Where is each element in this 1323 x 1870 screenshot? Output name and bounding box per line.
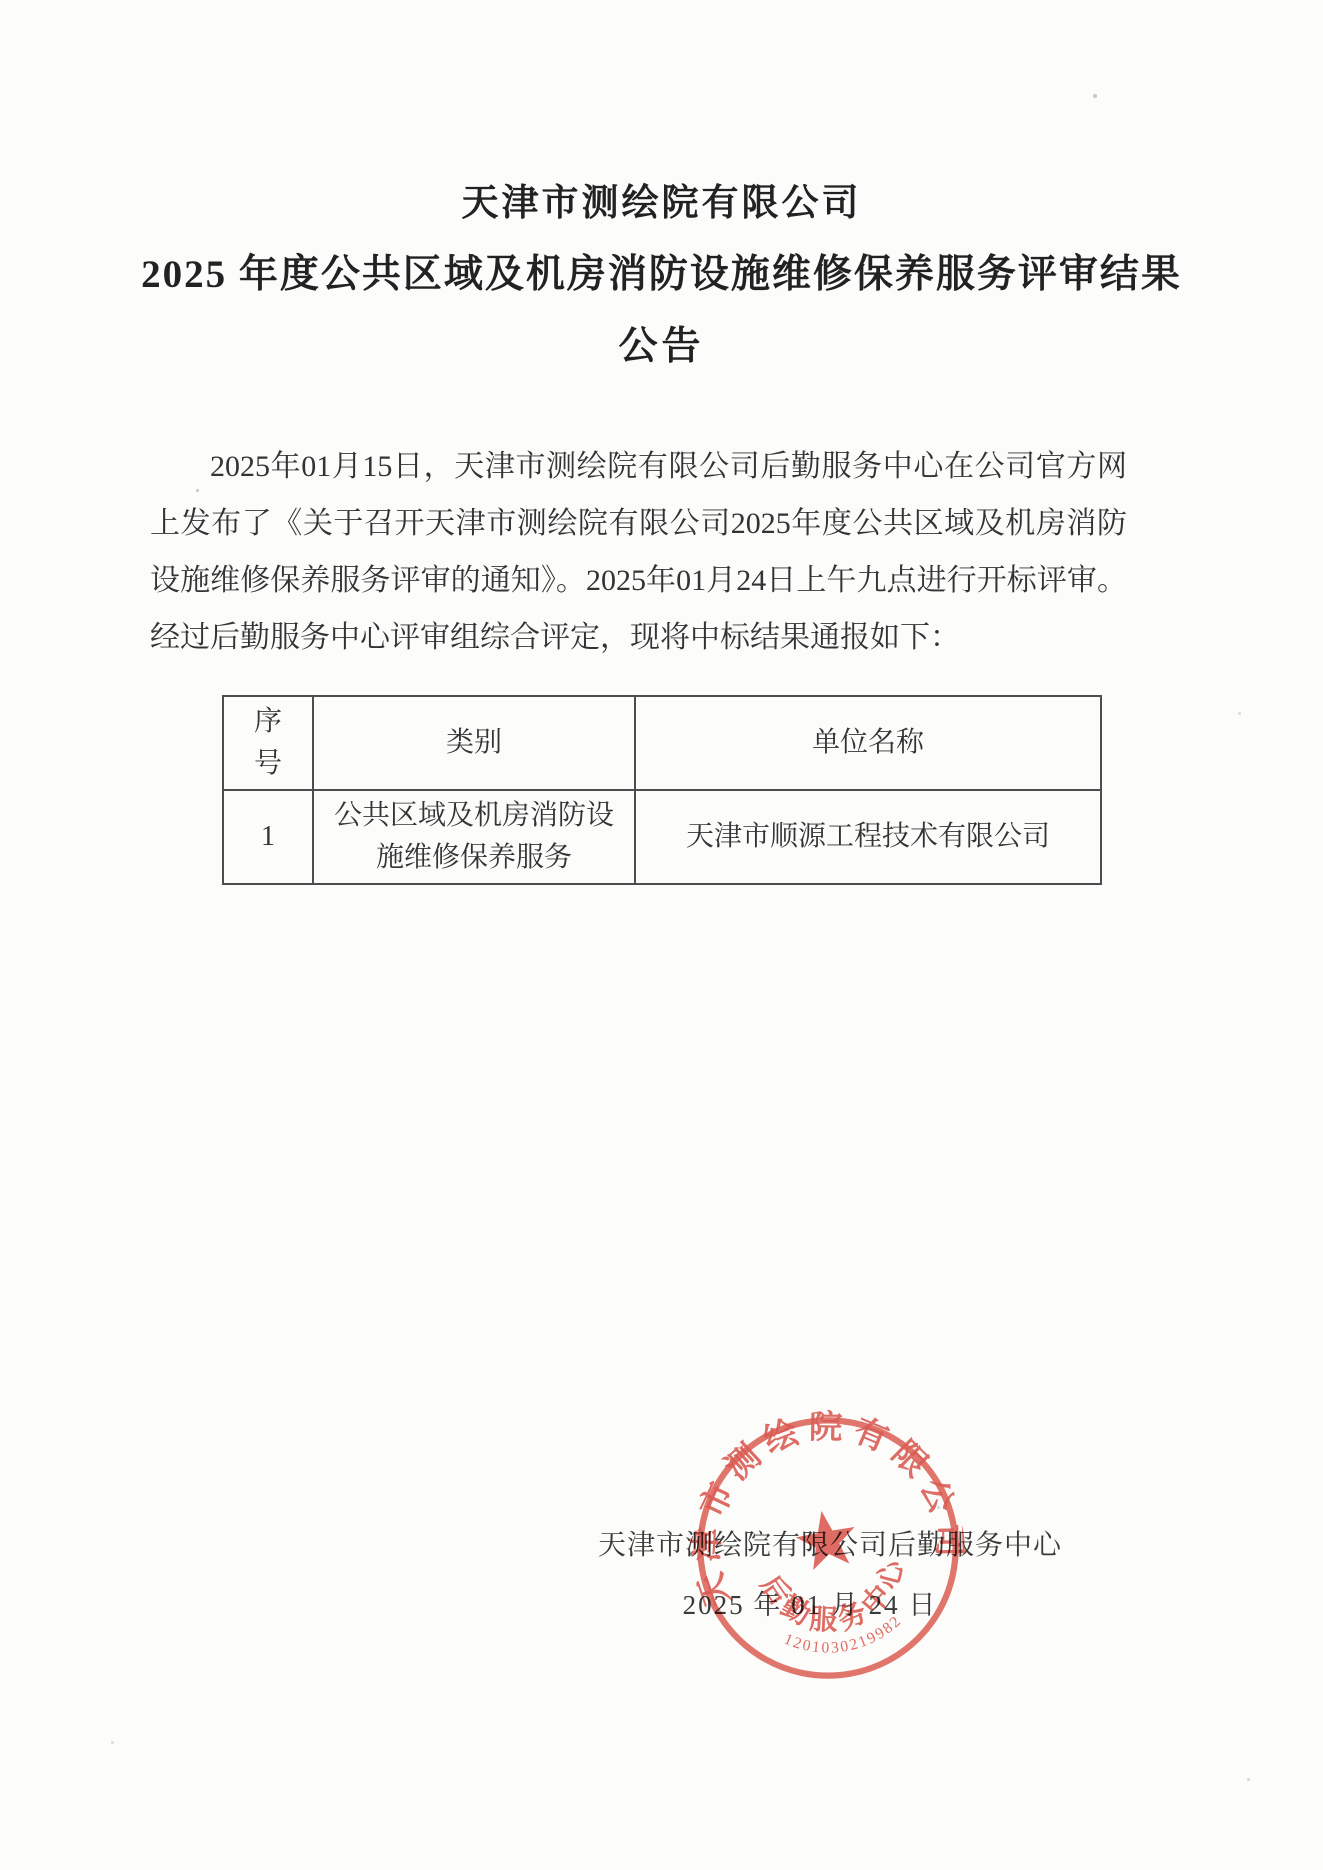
- star-icon: [792, 1506, 861, 1572]
- result-table: 序号 类别 单位名称 1 公共区域及机房消防设施维修保养服务 天津市顺源工程技术…: [222, 695, 1102, 885]
- page-subtitle: 2025 年度公共区域及机房消防设施维修保养服务评审结果: [0, 243, 1323, 299]
- cell-serial-number: 1: [223, 790, 313, 884]
- header-serial-number: 序号: [223, 696, 313, 790]
- header-category: 类别: [313, 696, 635, 790]
- scan-speck: [111, 1741, 114, 1744]
- announcement-paragraph: 2025年01月15日，天津市测绘院有限公司后勤服务中心在公司官方网上发布了《关…: [150, 438, 1127, 666]
- scan-speck: [760, 640, 763, 643]
- scan-speck: [1238, 712, 1241, 715]
- seal-ring-text: 天津市测绘院有限公司: [670, 1390, 973, 1612]
- seal-ring-text-wrap: 天津市测绘院有限公司: [670, 1390, 973, 1612]
- cell-category: 公共区域及机房消防设施维修保养服务: [313, 790, 635, 884]
- scan-speck: [1093, 94, 1097, 98]
- table-header-row: 序号 类别 单位名称: [223, 696, 1101, 790]
- table-row: 1 公共区域及机房消防设施维修保养服务 天津市顺源工程技术有限公司: [223, 790, 1101, 884]
- page-subtitle-line2: 公告: [0, 315, 1323, 371]
- company-seal: 天津市测绘院有限公司 后勤服务中心 1201030219982: [670, 1390, 985, 1705]
- seal-dept-text-wrap: 后勤服务中心: [752, 1547, 923, 1651]
- scan-speck: [196, 489, 199, 492]
- announcement-page: 天津市测绘院有限公司 2025 年度公共区域及机房消防设施维修保养服务评审结果 …: [0, 0, 1323, 1870]
- scan-speck: [1247, 1778, 1250, 1781]
- scan-speck: [937, 1506, 940, 1509]
- seal-dept-text: 后勤服务中心: [752, 1547, 923, 1651]
- cell-company-name: 天津市顺源工程技术有限公司: [635, 790, 1101, 884]
- page-title: 天津市测绘院有限公司: [0, 172, 1323, 226]
- header-company-name: 单位名称: [635, 696, 1101, 790]
